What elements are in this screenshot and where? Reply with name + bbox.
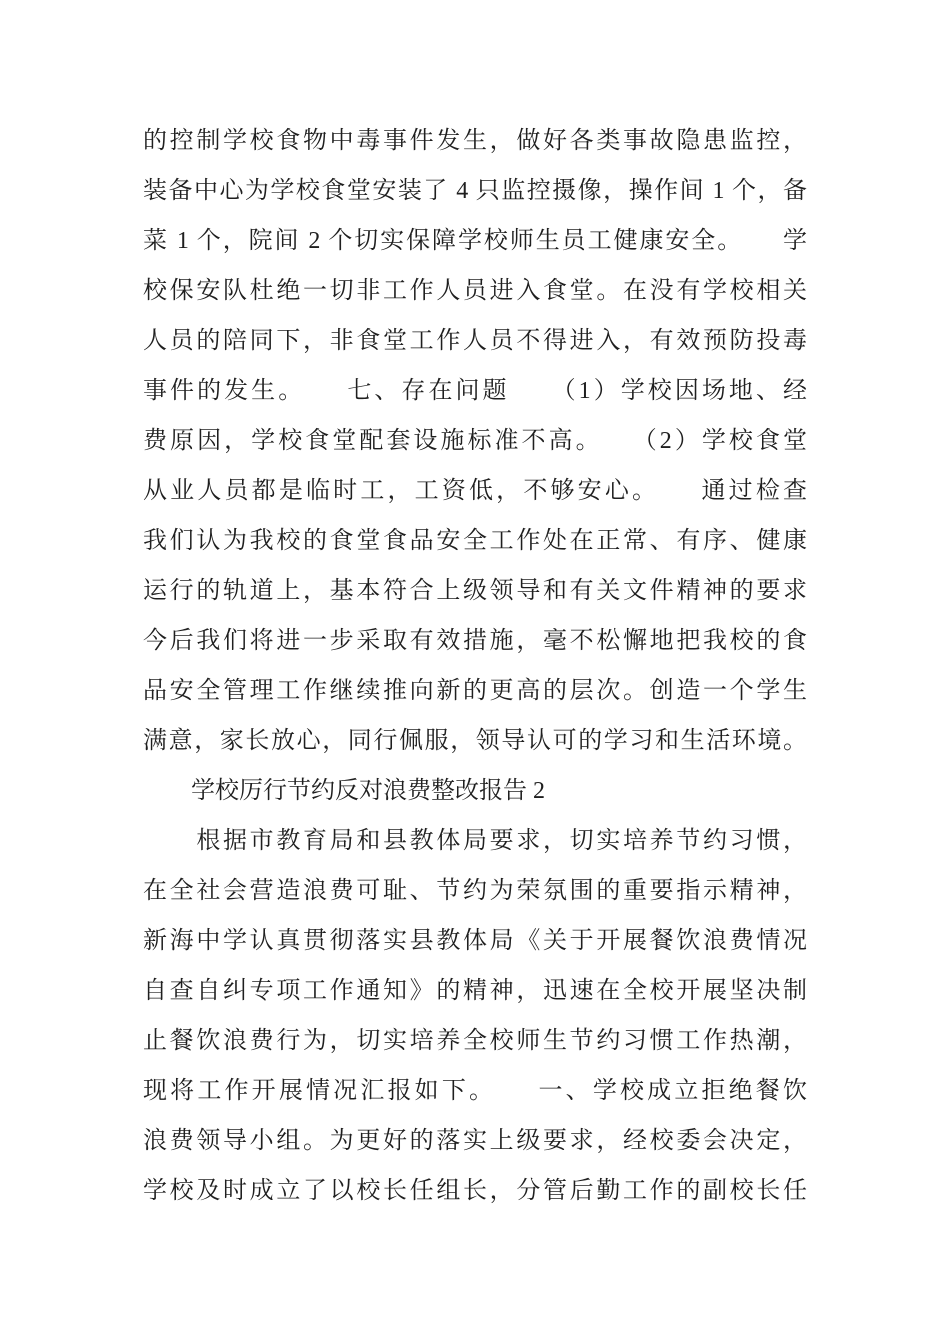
document-page: 的控制学校食物中毒事件发生，做好各类事故隐患监控， 装备中心为学校食堂安装了 4… <box>0 0 950 1344</box>
text-line: 费原因，学校食堂配套设施标准不高。 （2）学校食堂 <box>143 416 807 466</box>
text-line: 新海中学认真贯彻落实县教体局《关于开展餐饮浪费情况 <box>143 916 807 966</box>
text-line: 的控制学校食物中毒事件发生，做好各类事故隐患监控， <box>143 116 807 166</box>
text-line: 菜 1 个，院间 2 个切实保障学校师生员工健康安全。 学 <box>143 216 807 266</box>
document-text-block: 的控制学校食物中毒事件发生，做好各类事故隐患监控， 装备中心为学校食堂安装了 4… <box>143 116 807 1216</box>
text-line: 人员的陪同下，非食堂工作人员不得进入，有效预防投毒 <box>143 316 807 366</box>
text-line: 自查自纠专项工作通知》的精神，迅速在全校开展坚决制 <box>143 966 807 1016</box>
text-line: 学校及时成立了以校长任组长，分管后勤工作的副校长任 <box>143 1166 807 1216</box>
text-line: 从业人员都是临时工，工资低，不够安心。 通过检查 <box>143 466 807 516</box>
section-title-line: 学校厉行节约反对浪费整改报告 2 <box>143 766 807 816</box>
text-line: 满意，家长放心，同行佩服，领导认可的学习和生活环境。 <box>143 716 807 766</box>
text-line: 浪费领导小组。为更好的落实上级要求，经校委会决定， <box>143 1116 807 1166</box>
text-line: 事件的发生。 七、存在问题 （1）学校因场地、经 <box>143 366 807 416</box>
text-line: 装备中心为学校食堂安装了 4 只监控摄像，操作间 1 个，备 <box>143 166 807 216</box>
text-line: 校保安队杜绝一切非工作人员进入食堂。在没有学校相关 <box>143 266 807 316</box>
text-line: 根据市教育局和县教体局要求，切实培养节约习惯， <box>143 816 807 866</box>
text-line: 在全社会营造浪费可耻、节约为荣氛围的重要指示精神， <box>143 866 807 916</box>
text-line: 运行的轨道上，基本符合上级领导和有关文件精神的要求 <box>143 566 807 616</box>
text-line: 止餐饮浪费行为，切实培养全校师生节约习惯工作热潮， <box>143 1016 807 1066</box>
text-line: 品安全管理工作继续推向新的更高的层次。创造一个学生 <box>143 666 807 716</box>
text-line: 今后我们将进一步采取有效措施，毫不松懈地把我校的食 <box>143 616 807 666</box>
text-line: 我们认为我校的食堂食品安全工作处在正常、有序、健康 <box>143 516 807 566</box>
text-line: 现将工作开展情况汇报如下。 一、学校成立拒绝餐饮 <box>143 1066 807 1116</box>
